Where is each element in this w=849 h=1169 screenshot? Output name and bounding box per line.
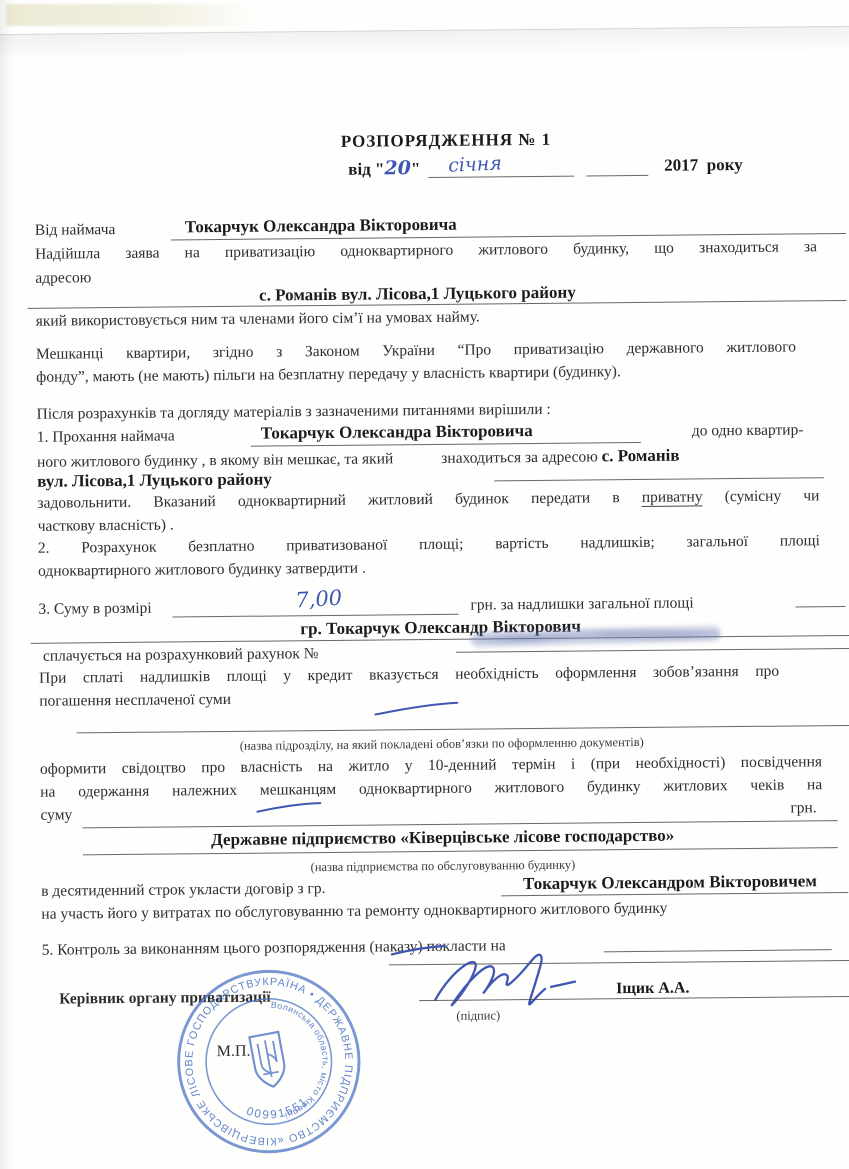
law-line-2: фонду”, мають (не мають) пільги на безпл… xyxy=(36,362,621,388)
document-title: РОЗПОРЯДЖЕННЯ № 1 xyxy=(291,129,601,152)
stamp-trident-icon xyxy=(257,1039,279,1078)
law-line-1: Мешканці квартири, згідно з Законом Укра… xyxy=(36,337,796,364)
item1-line2: ного житлового будинку , в якому він меш… xyxy=(37,446,680,473)
tenant-from-label: Від наймача xyxy=(35,220,116,241)
document-page: РОЗПОРЯДЖЕННЯ № 1 від "20" січня 2017 ро… xyxy=(0,0,849,1169)
assignment-line3-tail: грн. xyxy=(790,798,816,818)
date-month-handwritten: січня xyxy=(448,153,502,175)
signer-name: Іщик А.А. xyxy=(616,979,689,1000)
item1-line4b-underlined: приватну xyxy=(642,488,703,507)
item3-credit-line1: При сплаті надлишків площі у кредит вказ… xyxy=(39,662,779,689)
svg-text:УКРАЇНА • ДЕРЖАВНЕ ПІДПРИЄМСТВ: УКРАЇНА • ДЕРЖАВНЕ ПІДПРИЄМСТВО «КІВЕРЦІ… xyxy=(155,947,369,1164)
item1-line4a: задовольнити. Вказаний одноквартирний жи… xyxy=(37,489,619,512)
item1-tenant-name: Токарчук Олександра Вікторовича xyxy=(261,421,533,444)
pen-dash-icon xyxy=(254,799,324,816)
date-year: 2017 року xyxy=(664,155,743,176)
contract-name: Токарчук Олександром Вікторовичем xyxy=(523,871,817,894)
item1-line4c: (сумісну чи xyxy=(725,487,820,505)
stamp-icon: УКРАЇНА • ДЕРЖАВНЕ ПІДПРИЄМСТВО «КІВЕРЦІ… xyxy=(155,947,384,1169)
address-label: адресою xyxy=(35,268,91,289)
application-line: Надійшла заява на приватизацію однокварт… xyxy=(35,237,817,265)
item1-lead: 1. Прохання наймача xyxy=(37,426,175,447)
item1-blank-underline xyxy=(494,477,824,481)
item1-line2b: знаходиться за адресою xyxy=(441,448,598,467)
item3-tail: грн. за надлишки загальної площі xyxy=(470,593,693,615)
date-day-handwritten: 20 xyxy=(384,157,411,179)
round-stamp: УКРАЇНА • ДЕРЖАВНЕ ПІДПРИЄМСТВО «КІВЕРЦІ… xyxy=(155,947,384,1169)
assignment-line3-lead: суму xyxy=(40,805,72,825)
handwritten-signature xyxy=(429,946,610,1012)
item5-blank-1 xyxy=(604,949,832,952)
item3-short-blank xyxy=(795,606,845,607)
date-prefix: від " xyxy=(348,159,384,178)
date-year-value: 2017 xyxy=(664,155,698,174)
item1-line3: вул. Лісова,1 Луцького району xyxy=(37,470,272,492)
item3-credit-line2: погашення несплаченої суми xyxy=(39,690,231,712)
tenant-name-filled: Токарчук Олександра Вікторовича xyxy=(185,215,457,238)
contract-lead: в десятиденний строк укласти договір з г… xyxy=(41,879,325,902)
date-blank-2 xyxy=(586,175,648,177)
stamp-ring-text: УКРАЇНА • ДЕРЖАВНЕ ПІДПРИЄМСТВО «КІВЕРЦІ… xyxy=(155,947,369,1164)
item1-line2c: с. Романів xyxy=(602,446,680,466)
assignment-line2: на одержання належних мешканцям одноквар… xyxy=(40,775,822,803)
item1-line5: часткову власність) . xyxy=(38,515,174,536)
date-quote: " xyxy=(411,159,421,178)
caption-signature: (підпис) xyxy=(456,1005,500,1025)
date-line: від "20" xyxy=(348,158,420,180)
item1-tail: до одно квартир- xyxy=(692,420,804,441)
item3-amount-handwritten: 7,00 xyxy=(295,588,343,611)
item3-amount-blank xyxy=(173,614,459,618)
item3-account-line: сплачується на розрахунковий рахунок № xyxy=(43,644,319,667)
item3-account-underline xyxy=(456,648,849,653)
date-year-word: року xyxy=(707,155,743,174)
pen-dash-icon xyxy=(371,700,461,719)
usage-line: який використовується ним та членами йог… xyxy=(36,308,480,332)
contract-line2: на участь його у витратах по обслуговува… xyxy=(41,899,667,925)
item2-line2: одноквартирного житлового будинку затвер… xyxy=(38,559,366,582)
item1-line2a: ного житлового будинку , в якому він меш… xyxy=(37,450,393,470)
company-name: Державне підприємство «Ківерцівське лісо… xyxy=(123,825,763,851)
item3-lead: 3. Суму в розмірі xyxy=(38,599,151,620)
